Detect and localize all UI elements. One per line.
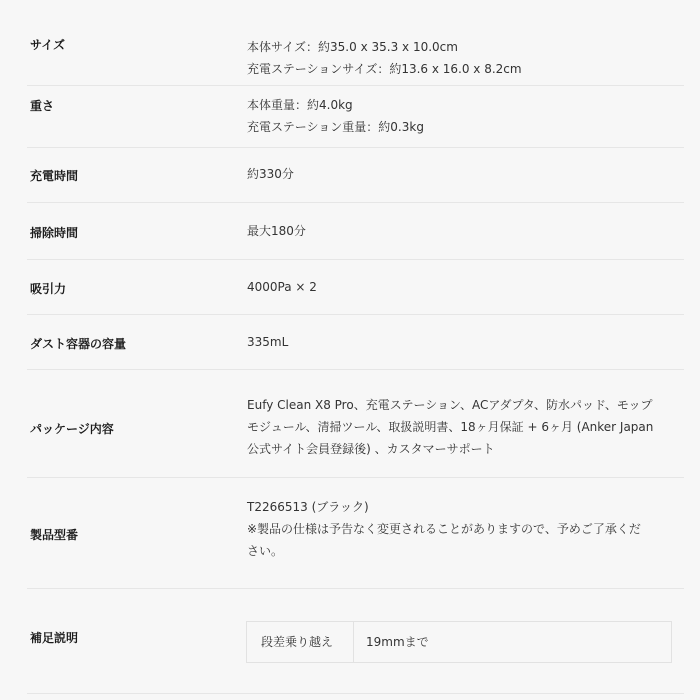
spec-label: サイズ [27,36,247,85]
spec-value-line: T2266513 (ブラック) [247,496,684,518]
spec-value-line: 335mL [247,331,684,353]
spec-row-dust-capacity: ダスト容器の容量 335mL [27,315,684,370]
spec-value-line: ※製品の仕様は予告なく変更されることがありますので、予めご了承くだ [247,518,684,540]
spec-value-line: 本体重量：約4.0kg [247,94,684,116]
spec-label: 充電時間 [27,163,247,202]
spec-value-line: 4000Pa × 2 [247,276,684,298]
sub-table-key: 段差乗り越え [247,622,354,662]
spec-row-package-contents: パッケージ内容 Eufy Clean X8 Pro、充電ステーション、ACアダプ… [27,370,684,478]
spec-value-line: 約330分 [247,163,684,185]
spec-value: 本体サイズ：約35.0 x 35.3 x 10.0cm 充電ステーションサイズ：… [247,36,684,85]
spec-row-size: サイズ 本体サイズ：約35.0 x 35.3 x 10.0cm 充電ステーション… [27,0,684,86]
spec-label: 掃除時間 [27,220,247,259]
spec-value-line: 公式サイト会員登録後) 、カスタマーサポート [247,438,684,460]
spec-value: 4000Pa × 2 [247,276,684,314]
spec-row-cleaning-time: 掃除時間 最大180分 [27,203,684,260]
spec-value: Eufy Clean X8 Pro、充電ステーション、ACアダプタ、防水パッド、… [247,394,684,477]
spec-value: T2266513 (ブラック) ※製品の仕様は予告なく変更されることがありますの… [247,496,684,588]
spec-row-model-number: 製品型番 T2266513 (ブラック) ※製品の仕様は予告なく変更されることが… [27,478,684,589]
spec-value-line: 充電ステーションサイズ：約13.6 x 16.0 x 8.2cm [247,58,684,80]
spec-value: 約330分 [247,163,684,202]
spec-label: パッケージ内容 [27,394,247,477]
spec-value-line: さい。 [247,540,684,562]
spec-value-line: 本体サイズ：約35.0 x 35.3 x 10.0cm [247,36,684,58]
spec-value: 335mL [247,331,684,369]
spec-value: 段差乗り越え 19mmまで [246,621,684,693]
spec-value-line: モジュール、清掃ツール、取扱説明書、18ヶ月保証 + 6ヶ月 (Anker Ja… [247,416,684,438]
spec-row-supplementary: 補足説明 段差乗り越え 19mmまで [27,589,684,694]
spec-row-charge-time: 充電時間 約330分 [27,148,684,203]
spec-label: 補足説明 [27,621,247,693]
spec-value-line: 最大180分 [247,220,684,242]
spec-label: ダスト容器の容量 [27,331,247,369]
spec-row-weight: 重さ 本体重量：約4.0kg 充電ステーション重量：約0.3kg [27,86,684,148]
spec-value: 最大180分 [247,220,684,259]
spec-table: サイズ 本体サイズ：約35.0 x 35.3 x 10.0cm 充電ステーション… [27,0,684,694]
spec-label: 製品型番 [27,496,247,588]
spec-value-line: 充電ステーション重量：約0.3kg [247,116,684,138]
supplementary-sub-table: 段差乗り越え 19mmまで [246,621,672,663]
spec-row-suction: 吸引力 4000Pa × 2 [27,260,684,315]
spec-label: 重さ [27,94,247,147]
spec-value-line: Eufy Clean X8 Pro、充電ステーション、ACアダプタ、防水パッド、… [247,394,684,416]
spec-label: 吸引力 [27,276,247,314]
spec-value: 本体重量：約4.0kg 充電ステーション重量：約0.3kg [247,94,684,147]
sub-table-value: 19mmまで [354,622,671,662]
